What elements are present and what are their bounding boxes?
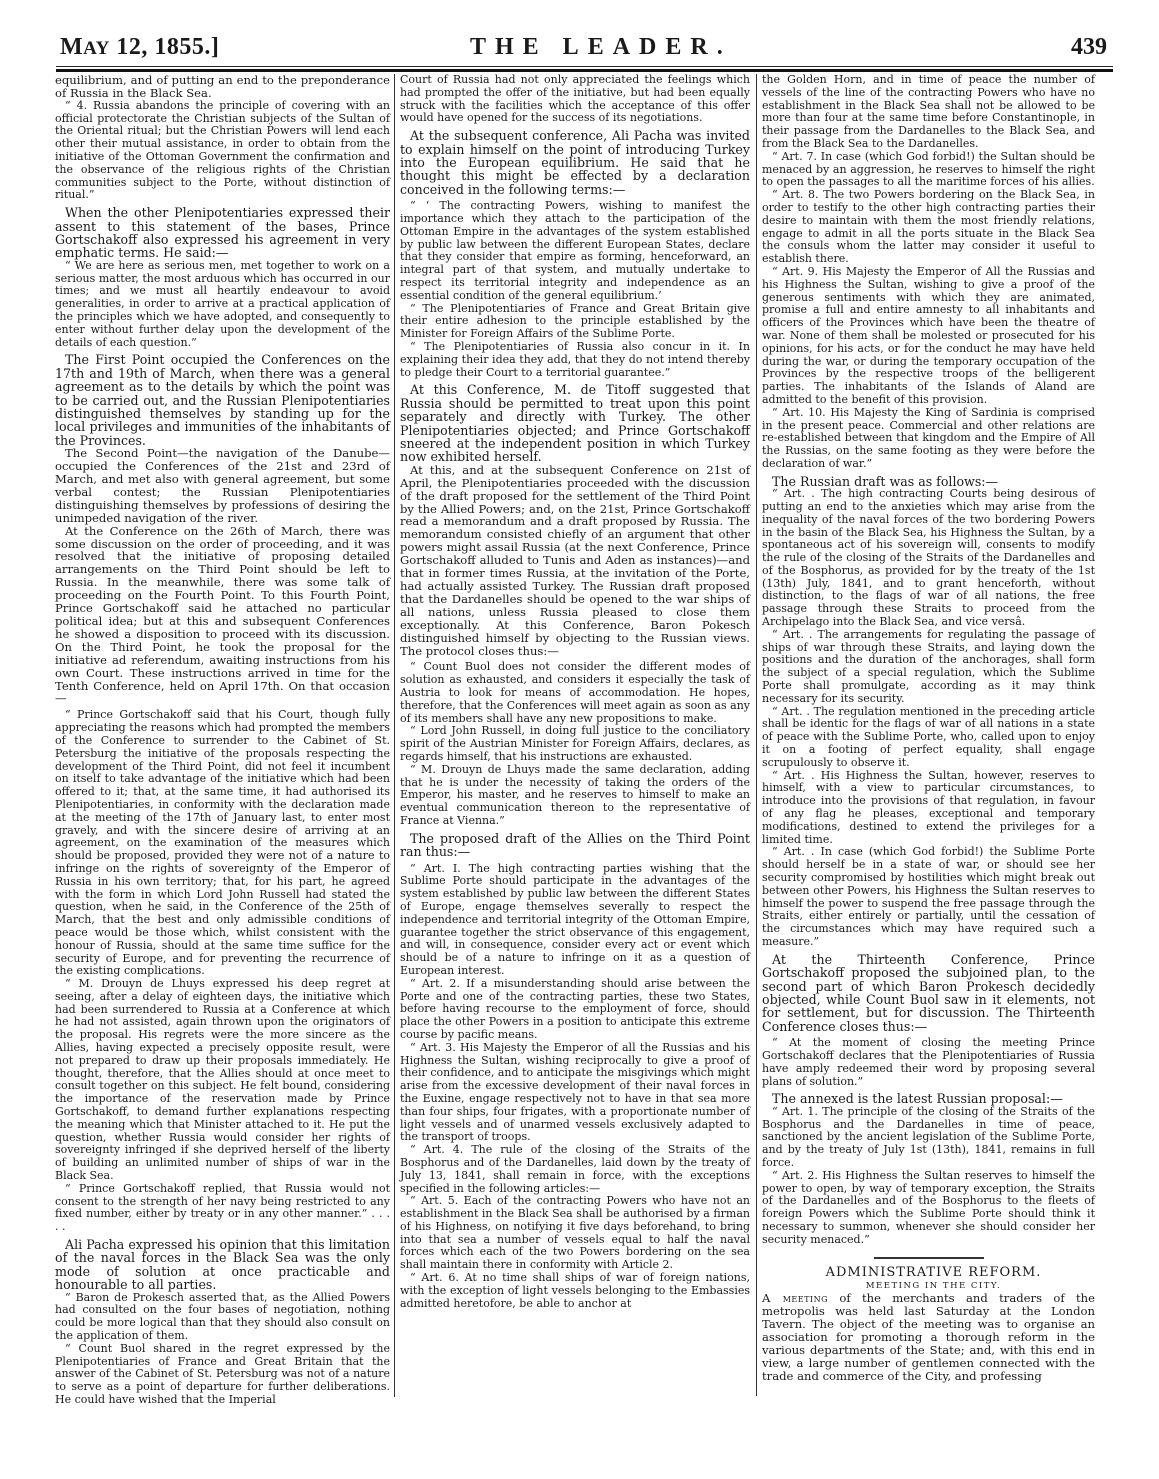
section-divider (874, 1257, 984, 1259)
paragraph: “ Baron de Prokesch asserted that, as th… (55, 1292, 390, 1343)
paragraph: The proposed draft of the Allies on the … (400, 832, 750, 859)
paragraph: “ Art. 8. The two Powers bordering on th… (762, 189, 1095, 266)
paragraph: “ The Plenipotentiaries of Russia also c… (400, 341, 750, 379)
paragraph: “ We are here as serious men, met togeth… (55, 260, 390, 350)
paragraph: Court of Russia had not only appreciated… (400, 74, 750, 125)
paragraph: “ Count Buol shared in the regret expres… (55, 1343, 390, 1407)
paragraph: The annexed is the latest Russian propos… (762, 1092, 1095, 1105)
paragraph: “ Art. 2. If a misunderstanding should a… (400, 978, 750, 1042)
paragraph: At the Conference on the 26th of March, … (55, 525, 390, 706)
date-month-rest: AY (83, 38, 110, 59)
paragraph: At this, and at the subsequent Conferenc… (400, 464, 750, 658)
paragraph: “ Count Buol does not consider the diffe… (400, 661, 750, 725)
masthead: MAY 12, 1855.] THE LEADER. 439 (60, 30, 1119, 66)
paragraph: “ 4. Russia abandons the principle of co… (55, 100, 390, 202)
paragraph: “ The Plenipotentiaries of France and Gr… (400, 303, 750, 341)
paragraph: “ Art. 1. The principle of the closing o… (762, 1106, 1095, 1170)
paragraph: “ Art. . The arrangements for regulating… (762, 629, 1095, 706)
paragraph: Ali Pacha expressed his opinion that thi… (55, 1238, 390, 1292)
paragraph: “ ‘ The contracting Powers, wishing to m… (400, 200, 750, 302)
column-divider (756, 74, 757, 1396)
section-title: ADMINISTRATIVE REFORM. (762, 1267, 1095, 1280)
paragraphs: the Golden Horn, and in time of peace th… (762, 74, 1095, 1247)
paragraph: “ Art. . The regulation mentioned in the… (762, 706, 1095, 770)
section-body: A meeting of the merchants and traders o… (762, 1292, 1095, 1382)
column-left: equilibrium, and of putting an end to th… (55, 74, 390, 1407)
paragraph: “ Art. 2. His Highness the Sultan reserv… (762, 1170, 1095, 1247)
paragraph: At the Thirteenth Conference, Prince Gor… (762, 953, 1095, 1033)
paragraph: At the subsequent conference, Ali Pacha … (400, 129, 750, 196)
paragraph: “ Art. 6. At no time shall ships of war … (400, 1272, 750, 1310)
date-initial: M (60, 34, 83, 60)
section-lead-word: A meeting (762, 1291, 828, 1305)
section-body-text: of the merchants and traders of the metr… (762, 1291, 1095, 1382)
paragraph: the Golden Horn, and in time of peace th… (762, 74, 1095, 151)
paragraph: “ Art. . In case (which God forbid!) the… (762, 846, 1095, 948)
paragraph: The Second Point—the navigation of the D… (55, 447, 390, 524)
page-number: 439 (1071, 34, 1107, 61)
paragraph: “ M. Drouyn de Lhuys expressed his deep … (55, 978, 390, 1183)
paragraph: The Russian draft was as follows:— (762, 475, 1095, 488)
paragraph: equilibrium, and of putting an end to th… (55, 74, 390, 100)
paragraph: “ Art. 4. The rule of the closing of the… (400, 1144, 750, 1195)
paragraph: “ At the moment of closing the meeting P… (762, 1037, 1095, 1088)
paragraph: “ Art. 5. Each of the contracting Powers… (400, 1195, 750, 1272)
column-middle: Court of Russia had not only appreciated… (400, 74, 750, 1310)
column-divider (394, 74, 395, 1397)
paragraph: “ Art. I. The high contracting parties w… (400, 863, 750, 978)
newspaper-title: THE LEADER. (470, 34, 732, 61)
paragraph: At this Conference, M. de Titoff suggest… (400, 383, 750, 463)
issue-date: MAY 12, 1855.] (60, 34, 219, 61)
paragraph: When the other Plenipotentiaries express… (55, 206, 390, 260)
paragraph: “ M. Drouyn de Lhuys made the same decla… (400, 764, 750, 828)
paragraph: “ Art. 9. His Majesty the Emperor of All… (762, 266, 1095, 407)
paragraph: The First Point occupied the Conferences… (55, 353, 390, 447)
paragraph: “ Art. 7. In case (which God forbid!) th… (762, 151, 1095, 189)
date-tail: 12, 1855.] (110, 34, 220, 60)
paragraph: “ Prince Gortschakoff said that his Cour… (55, 709, 390, 978)
paragraph: “ Art. . His Highness the Sultan, howeve… (762, 770, 1095, 847)
paragraph: “ Prince Gortschakoff replied, that Russ… (55, 1183, 390, 1234)
header-rule (56, 66, 1113, 72)
paragraph: “ Art. 3. His Majesty the Emperor of all… (400, 1042, 750, 1144)
column-right: the Golden Horn, and in time of peace th… (762, 74, 1095, 1383)
paragraph: “ Lord John Russell, in doing full justi… (400, 725, 750, 763)
paragraph: “ Art. . The high contracting Courts bei… (762, 488, 1095, 629)
paragraph: “ Art. 10. His Majesty the King of Sardi… (762, 407, 1095, 471)
